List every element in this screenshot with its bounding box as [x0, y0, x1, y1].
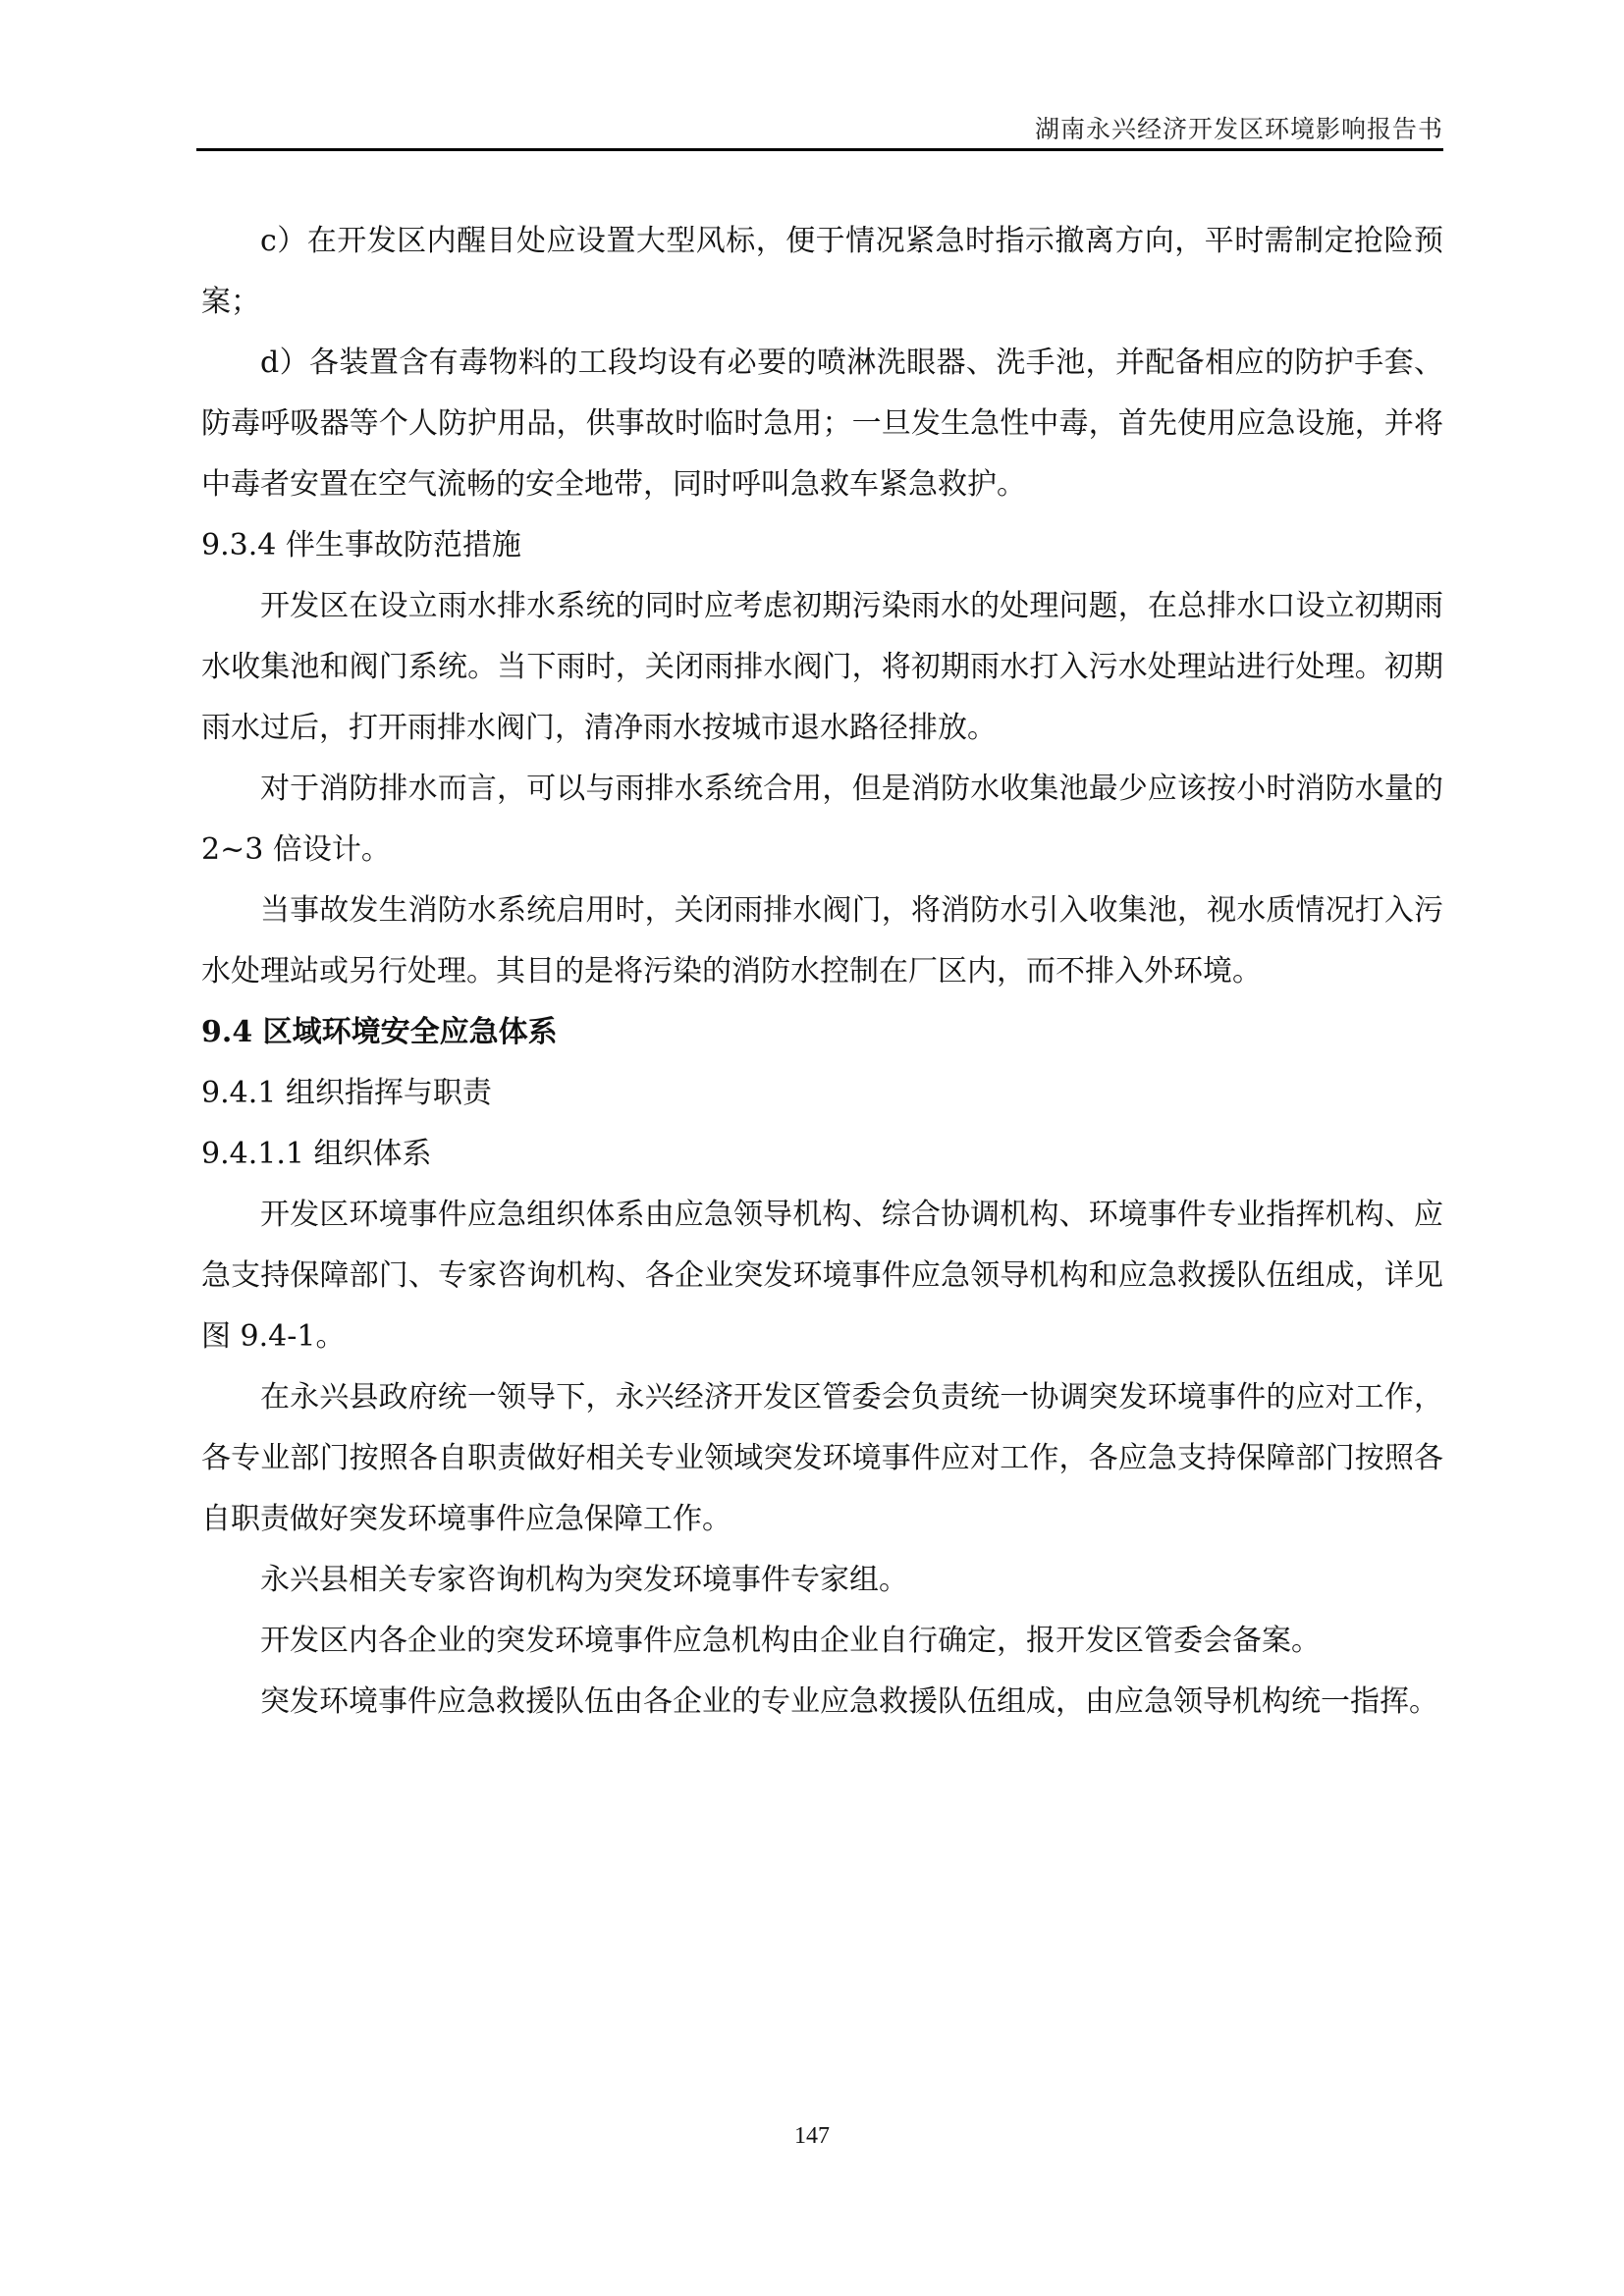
paragraph-d: d）各装置含有毒物料的工段均设有必要的喷淋洗眼器、洗手池，并配备相应的防护手套、…: [201, 333, 1443, 515]
running-header-title: 湖南永兴经济开发区环境影响报告书: [1035, 110, 1443, 145]
paragraph-rescue-teams: 突发环境事件应急救援队伍由各企业的专业应急救援队伍组成，由应急领导机构统一指挥。: [201, 1672, 1443, 1733]
paragraph-county-leadership: 在永兴县政府统一领导下，永兴经济开发区管委会负责统一协调突发环境事件的应对工作，…: [201, 1367, 1443, 1550]
paragraph-fire-drainage: 对于消防排水而言，可以与雨排水系统合用，但是消防水收集池最少应该按小时消防水量的…: [201, 759, 1443, 881]
paragraph-rainwater: 开发区在设立雨水排水系统的同时应考虑初期污染雨水的处理问题，在总排水口设立初期雨…: [201, 576, 1443, 759]
section-heading-9-4-1: 9.4.1 组织指挥与职责: [201, 1063, 1443, 1124]
section-heading-9-3-4: 9.3.4 伴生事故防范措施: [201, 515, 1443, 576]
header-rule: [196, 148, 1443, 151]
paragraph-expert-group: 永兴县相关专家咨询机构为突发环境事件专家组。: [201, 1550, 1443, 1611]
section-heading-9-4-1-1: 9.4.1.1 组织体系: [201, 1124, 1443, 1185]
paragraph-c: c）在开发区内醒目处应设置大型风标，便于情况紧急时指示撤离方向，平时需制定抢险预…: [201, 211, 1443, 333]
page-number: 147: [0, 2123, 1624, 2150]
paragraph-fire-water-control: 当事故发生消防水系统启用时，关闭雨排水阀门，将消防水引入收集池，视水质情况打入污…: [201, 881, 1443, 1002]
paragraph-enterprise-agencies: 开发区内各企业的突发环境事件应急机构由企业自行确定，报开发区管委会备案。: [201, 1611, 1443, 1672]
section-heading-9-4: 9.4 区域环境安全应急体系: [201, 1002, 1443, 1063]
paragraph-org-system: 开发区环境事件应急组织体系由应急领导机构、综合协调机构、环境事件专业指挥机构、应…: [201, 1185, 1443, 1367]
document-body: c）在开发区内醒目处应设置大型风标，便于情况紧急时指示撤离方向，平时需制定抢险预…: [201, 211, 1443, 1733]
